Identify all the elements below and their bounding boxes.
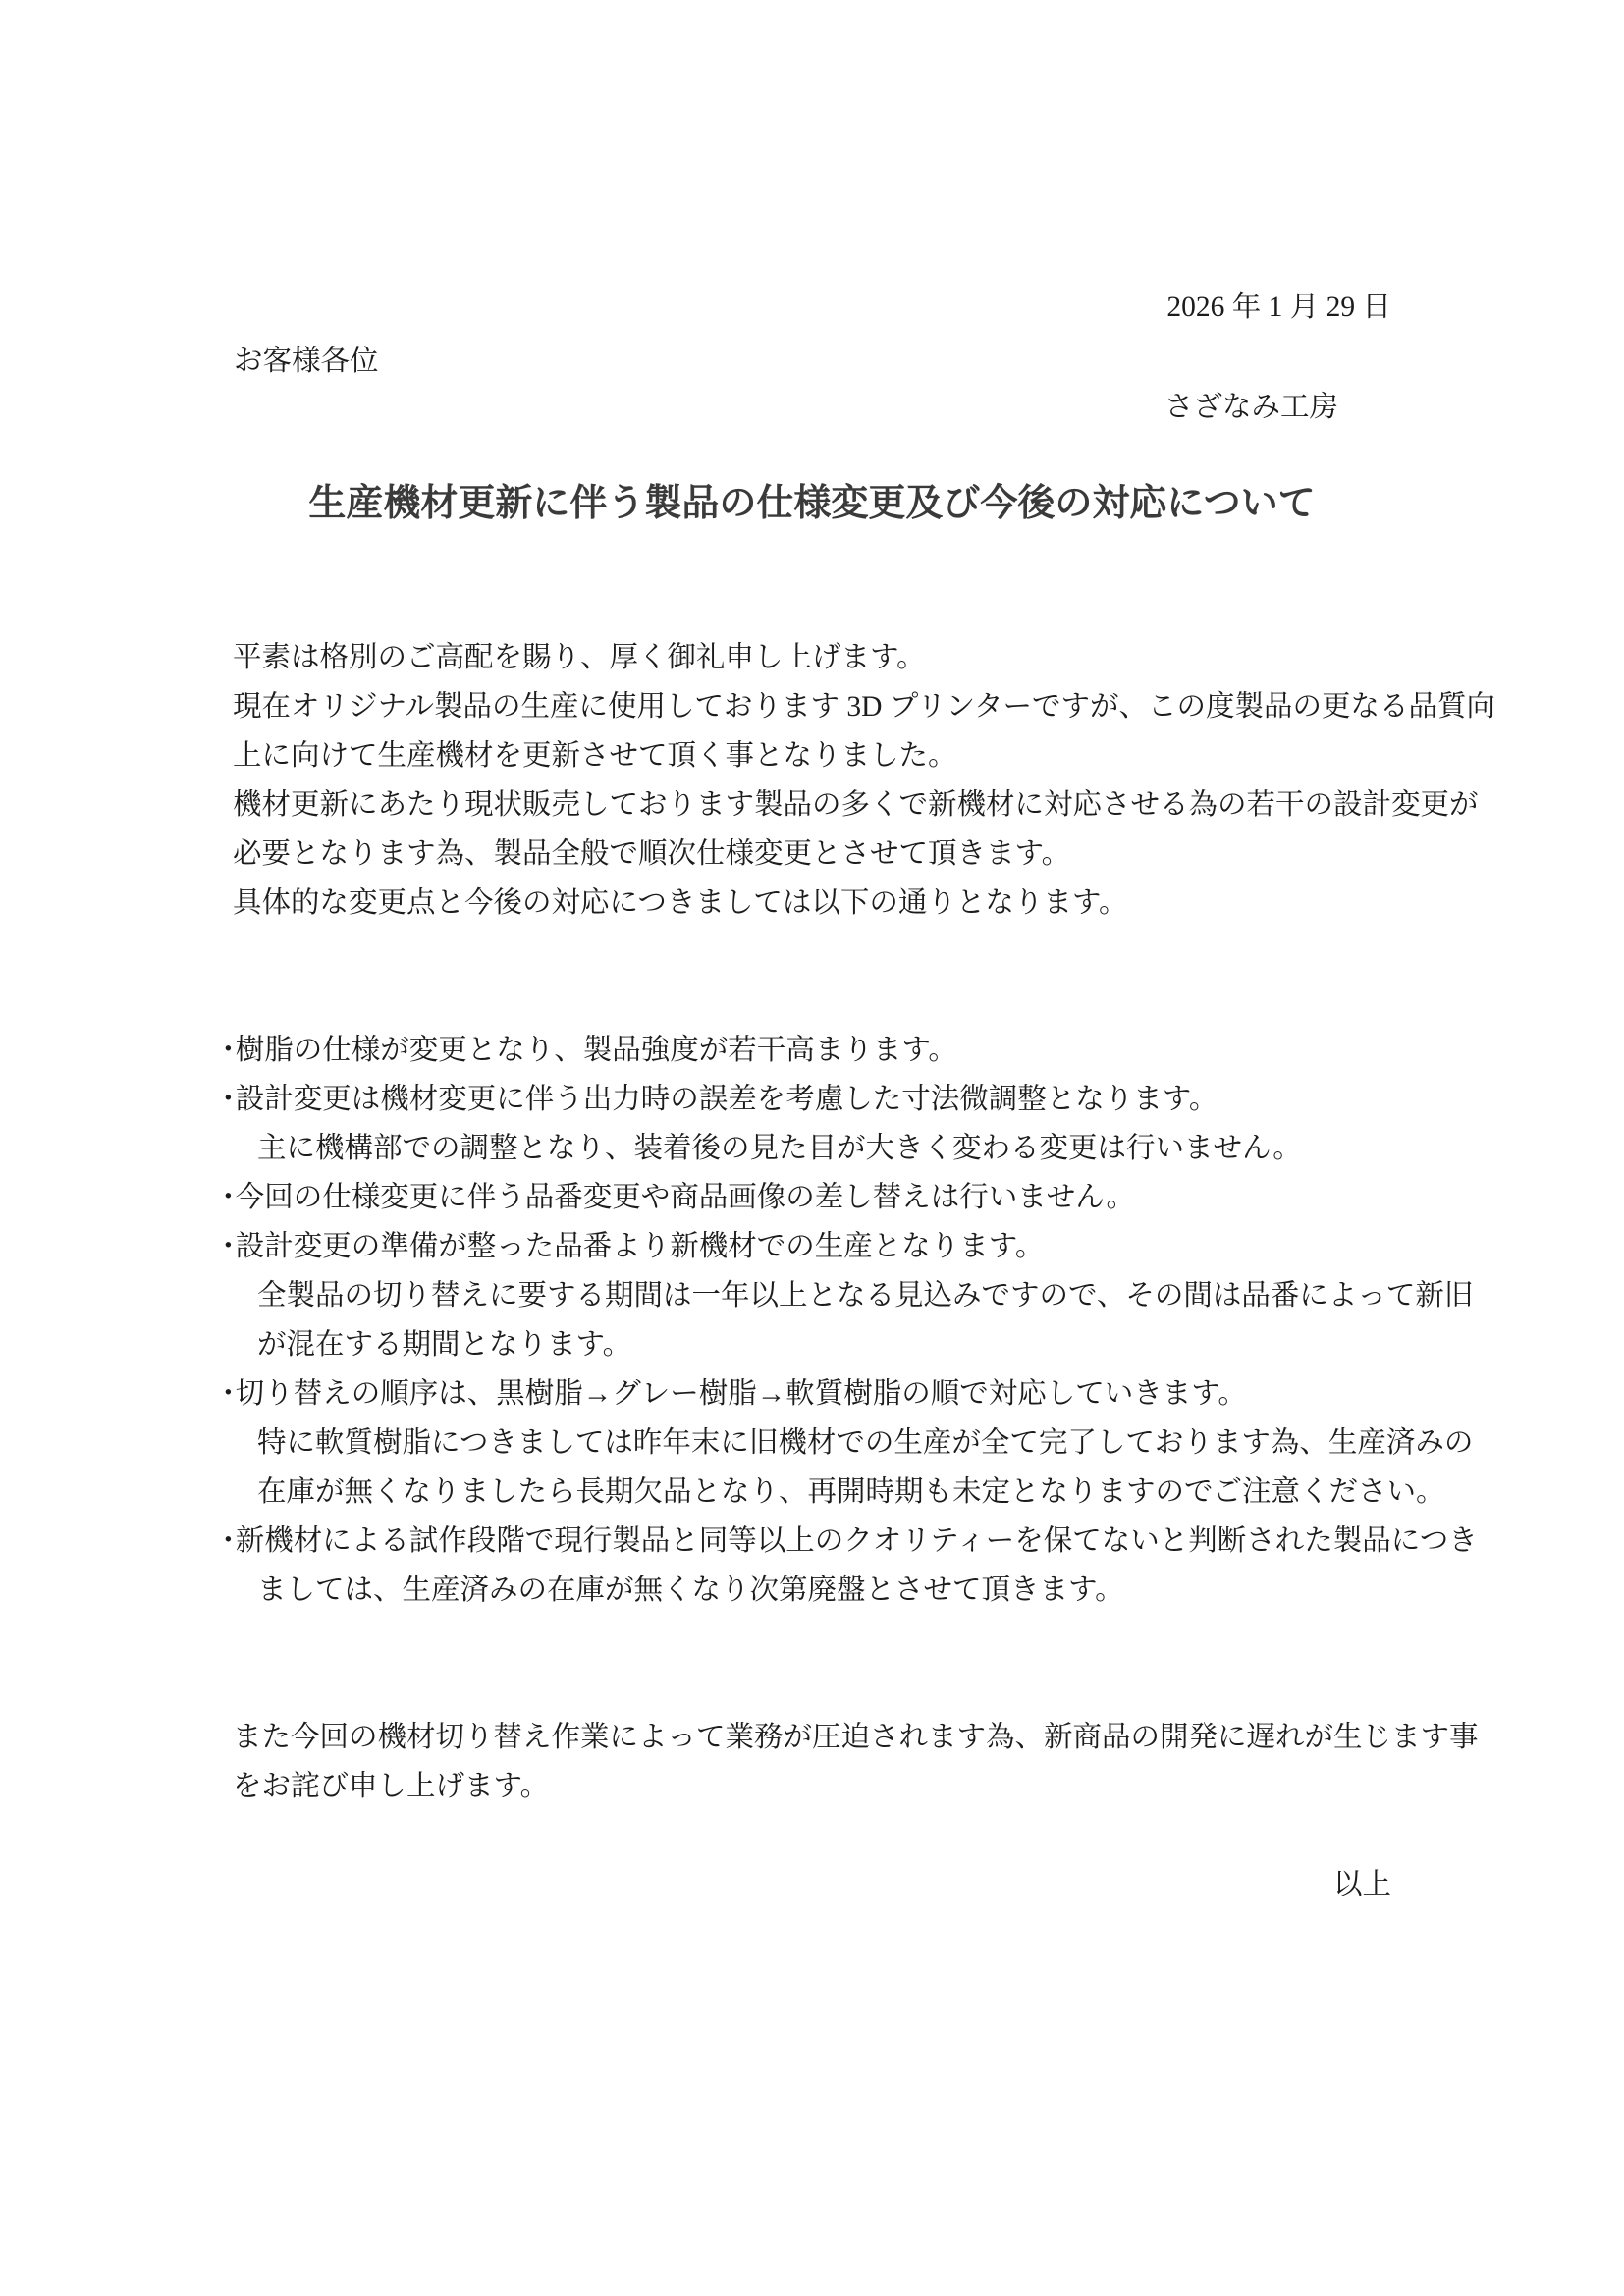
body-line-indent: ましては、生産済みの在庫が無くなり次第廃盤とさせて頂きます。 <box>218 1566 1467 1615</box>
body-line-text: 現在オリジナル製品の生産に使用しております 3D プリンターですが、この度製品の… <box>218 682 1467 731</box>
document-title: 生産機材更新に伴う製品の仕様変更及び今後の対応について <box>0 477 1624 530</box>
body-line-bullet: ･設計変更の準備が整った品番より新機材での生産となります。 <box>218 1222 1467 1271</box>
body-line-text: 具体的な変更点と今後の対応につきましては以下の通りとなります。 <box>218 879 1467 928</box>
body-line-text: 平素は格別のご高配を賜り、厚く御礼申し上げます。 <box>218 633 1467 682</box>
body-line-bullet: ･切り替えの順序は、黒樹脂→グレー樹脂→軟質樹脂の順で対応していきます。 <box>218 1369 1467 1418</box>
body-line-text: 必要となります為、製品全般で順次仕様変更とさせて頂きます。 <box>218 829 1467 879</box>
body-line-bullet: ･今回の仕様変更に伴う品番変更や商品画像の差し替えは行いません。 <box>218 1173 1467 1222</box>
body-line-indent: 主に機構部での調整となり、装着後の見た目が大きく変わる変更は行いません。 <box>218 1124 1467 1173</box>
sender-line: さざなみ工房 <box>1164 383 1338 432</box>
body-line-blank <box>218 1615 1467 1664</box>
body-lines: 平素は格別のご高配を賜り、厚く御礼申し上げます。現在オリジナル製品の生産に使用し… <box>218 633 1467 1909</box>
body-line-closing: 以上 <box>218 1860 1467 1909</box>
body-line-indent: 特に軟質樹脂につきましては昨年末に旧機材での生産が全て完了しております為、生産済… <box>218 1418 1467 1468</box>
body-line-bullet: ･新機材による試作段階で現行製品と同等以上のクオリティーを保てないと判断された製… <box>218 1517 1467 1566</box>
document-page: 2026 年 1 月 29 日 お客様各位 さざなみ工房 生産機材更新に伴う製品… <box>0 0 1624 2296</box>
recipient-line: お客様各位 <box>234 337 379 386</box>
body-line-text: また今回の機材切り替え作業によって業務が圧迫されます為、新商品の開発に遅れが生じ… <box>218 1713 1467 1762</box>
body-line-indent: が混在する期間となります。 <box>218 1320 1467 1369</box>
body-line-text: 上に向けて生産機材を更新させて頂く事となりました。 <box>218 731 1467 780</box>
body-line-blank <box>218 977 1467 1026</box>
body-line-indent: 在庫が無くなりましたら長期欠品となり、再開時期も未定となりますのでご注意ください… <box>218 1468 1467 1517</box>
body-line-blank <box>218 1811 1467 1860</box>
body-line-bullet: ･設計変更は機材変更に伴う出力時の誤差を考慮した寸法微調整となります。 <box>218 1075 1467 1124</box>
body-line-text: をお詫び申し上げます。 <box>218 1762 1467 1811</box>
body-line-blank <box>218 928 1467 977</box>
body-line-blank <box>218 1664 1467 1713</box>
date-line: 2026 年 1 月 29 日 <box>1166 283 1391 332</box>
body-line-indent: 全製品の切り替えに要する期間は一年以上となる見込みですので、その間は品番によって… <box>218 1271 1467 1320</box>
body-line-bullet: ･樹脂の仕様が変更となり、製品強度が若干高まります。 <box>218 1026 1467 1075</box>
body-line-text: 機材更新にあたり現状販売しております製品の多くで新機材に対応させる為の若干の設計… <box>218 780 1467 829</box>
